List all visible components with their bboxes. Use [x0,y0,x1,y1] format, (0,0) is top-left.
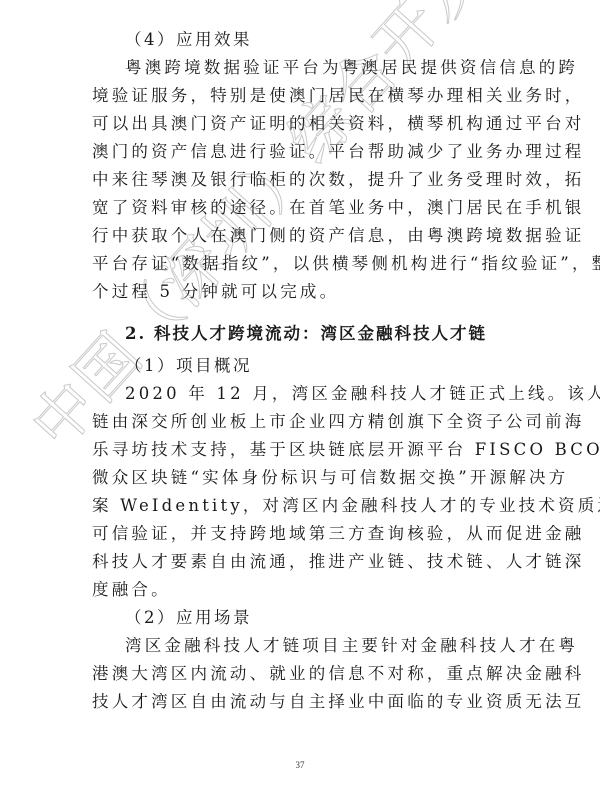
document-page: 中国（深圳）综合开发研究院 （4）应用效果 粤澳跨境数据验证平台为粤澳居民提供资… [0,0,600,788]
text-line: 个过程 5 分钟就可以完成。 [92,278,508,306]
page-content: （4）应用效果 粤澳跨境数据验证平台为粤澳居民提供资信信息的跨 境验证服务，特别… [92,26,508,716]
text-line: 港澳大湾区内流动、就业的信息不对称，重点解决金融科 [92,660,508,688]
text-line: 科技人才要素自由流通，推进产业链、技术链、人才链深 [92,548,508,576]
paragraph-effect: 粤澳跨境数据验证平台为粤澳居民提供资信信息的跨 境验证服务，特别是使澳门居民在横… [92,54,508,306]
text-line: 中来往琴澳及银行临柜的次数，提升了业务受理时效，拓 [92,166,508,194]
subsection-heading-scenario: （2）应用场景 [92,604,508,632]
text-line: 乐寻坊技术支持，基于区块链底层开源平台 FISCO BCOS、 [92,436,508,464]
text-line: 链由深交所创业板上市企业四方精创旗下全资子公司前海 [92,408,508,436]
subsection-heading-overview: （1）项目概况 [92,352,508,380]
text-line: 平台存证“数据指纹”，以供横琴侧机构进行“指纹验证”，整 [92,250,508,278]
page-number: 37 [0,760,600,770]
section-heading: 2. 科技人才跨境流动：湾区金融科技人才链 [92,320,508,348]
text-line: 可信验证，并支持跨地域第三方查询核验，从而促进金融 [92,520,508,548]
text-line: 粤澳跨境数据验证平台为粤澳居民提供资信信息的跨 [92,54,508,82]
paragraph-scenario: 湾区金融科技人才链项目主要针对金融科技人才在粤 港澳大湾区内流动、就业的信息不对… [92,632,508,716]
subsection-heading-effect: （4）应用效果 [92,26,508,54]
text-line: 境验证服务，特别是使澳门居民在横琴办理相关业务时， [92,82,508,110]
text-line: 度融合。 [92,576,508,604]
text-line: 宽了资料审核的途径。在首笔业务中，澳门居民在手机银 [92,194,508,222]
text-line: 行中获取个人在澳门侧的资产信息，由粤澳跨境数据验证 [92,222,508,250]
text-line: 技人才湾区自由流动与自主择业中面临的专业资质无法互 [92,688,508,716]
text-line: 澳门的资产信息进行验证。平台帮助减少了业务办理过程 [92,138,508,166]
paragraph-overview: 2020 年 12 月，湾区金融科技人才链正式上线。该人才 链由深交所创业板上市… [92,380,508,604]
text-line: 2020 年 12 月，湾区金融科技人才链正式上线。该人才 [92,380,508,408]
text-line: 案 WeIdentity，对湾区内金融科技人才的专业技术资质进行 [92,492,508,520]
text-line: 可以出具澳门资产证明的相关资料，横琴机构通过平台对 [92,110,508,138]
text-line: 湾区金融科技人才链项目主要针对金融科技人才在粤 [92,632,508,660]
text-line: 微众区块链“实体身份标识与可信数据交换”开源解决方 [92,464,508,492]
